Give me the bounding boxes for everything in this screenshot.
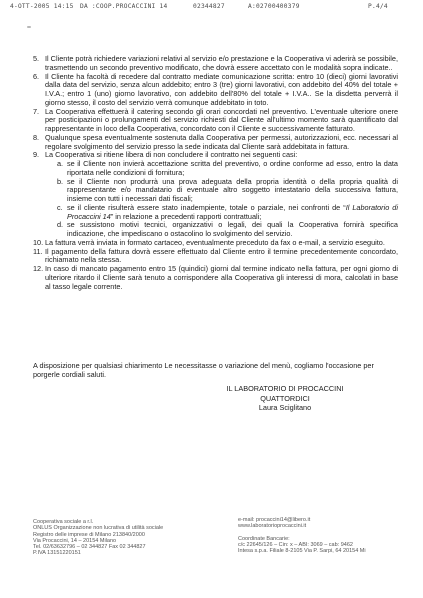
sub-item-c: c. se il cliente risulterà essere stato … bbox=[57, 204, 398, 222]
item-number: 5. bbox=[33, 55, 45, 73]
scan-artifact bbox=[27, 26, 31, 28]
item-9-intro: La Cooperativa si ritiene libera di non … bbox=[45, 150, 297, 159]
contract-terms-list: 5. Il Cliente potrà richiedere variazion… bbox=[33, 55, 398, 291]
signature-block: IL LABORATORIO DI PROCACCINI QUATTORDICI… bbox=[190, 384, 380, 413]
list-item-9: 9. La Cooperativa si ritiene libera di n… bbox=[33, 151, 398, 239]
footer-bank-branch-line: Intesa s.p.a. Filiale 8-2105 Via P. Sarp… bbox=[238, 548, 418, 554]
item-text: Il Cliente ha facoltà di recedere dal co… bbox=[45, 73, 398, 108]
item-text: Il Cliente potrà richiedere variazioni r… bbox=[45, 55, 398, 73]
list-item-6: 6. Il Cliente ha facoltà di recedere dal… bbox=[33, 73, 398, 108]
list-item-5: 5. Il Cliente potrà richiedere variazion… bbox=[33, 55, 398, 73]
sub-item-d: d. se sussistono motivi tecnici, organiz… bbox=[57, 221, 398, 239]
sub-item-letter: d. bbox=[57, 221, 67, 239]
list-item-8: 8. Qualunque spesa eventualmente sostenu… bbox=[33, 134, 398, 152]
sub-item-text: se il Cliente non invierà accettazione s… bbox=[67, 160, 398, 178]
item-text: In caso di mancato pagamento entro 15 (q… bbox=[45, 265, 398, 291]
sub-item-a: a. se il Cliente non invierà accettazion… bbox=[57, 160, 398, 178]
footer-company-details: Cooperativa sociale a r.l. ONLUS Organiz… bbox=[33, 519, 223, 557]
item-number: 11. bbox=[33, 248, 45, 266]
item-text: Qualunque spesa eventualmente sostenuta … bbox=[45, 134, 398, 152]
fax-datetime: 4-OTT-2005 14:15 bbox=[10, 3, 74, 10]
list-item-7: 7. La Cooperativa effettuerà il catering… bbox=[33, 108, 398, 134]
closing-paragraph: A disposizione per qualsiasi chiarimento… bbox=[33, 362, 398, 380]
item-number: 9. bbox=[33, 151, 45, 239]
sub-item-letter: a. bbox=[57, 160, 67, 178]
fax-sender-number: 02344827 bbox=[193, 3, 225, 10]
fax-document-page: 4-OTT-2005 14:15 DA :COOP.PROCACCINI 14 … bbox=[0, 0, 423, 598]
list-item-11: 11. Il pagamento della fattura dovrà ess… bbox=[33, 248, 398, 266]
item-number: 8. bbox=[33, 134, 45, 152]
signature-company-line1: IL LABORATORIO DI PROCACCINI bbox=[190, 384, 380, 394]
sub-item-text: se sussistono motivi tecnici, organizzat… bbox=[67, 221, 398, 239]
sub-item-text: se il Cliente non produrrà una prova ade… bbox=[67, 178, 398, 204]
sub-item-letter: c. bbox=[57, 204, 67, 222]
footer-website: www.laboratorioprocaccini.it bbox=[238, 523, 418, 529]
sub-item-c-post: ” in relazione a precedenti rapporti con… bbox=[111, 212, 261, 221]
item-text: La Cooperativa effettuerà il catering se… bbox=[45, 108, 398, 134]
item-number: 6. bbox=[33, 73, 45, 108]
item-text: Il pagamento della fattura dovrà essere … bbox=[45, 248, 398, 266]
item-number: 7. bbox=[33, 108, 45, 134]
letterhead-footer: Cooperativa sociale a r.l. ONLUS Organiz… bbox=[0, 517, 423, 567]
fax-sender-label: DA :COOP.PROCACCINI 14 bbox=[80, 3, 167, 10]
footer-contact-bank-details: e-mail: procaccini14@libero.it www.labor… bbox=[238, 517, 418, 554]
fax-transmission-header: 4-OTT-2005 14:15 DA :COOP.PROCACCINI 14 … bbox=[0, 3, 423, 13]
footer-vat-line: P.IVA 13151220151 bbox=[33, 550, 223, 556]
list-item-12: 12. In caso di mancato pagamento entro 1… bbox=[33, 265, 398, 291]
item-text: La Cooperativa si ritiene libera di non … bbox=[45, 151, 398, 239]
item-number: 12. bbox=[33, 265, 45, 291]
sub-item-letter: b. bbox=[57, 178, 67, 204]
signature-person-name: Laura Sciglitano bbox=[190, 403, 380, 413]
fax-page-counter: P.4/4 bbox=[368, 3, 388, 10]
sub-item-c-pre: se il cliente risulterà essere stato ina… bbox=[67, 203, 346, 212]
sub-item-b: b. se il Cliente non produrrà una prova … bbox=[57, 178, 398, 204]
item-9-sublist: a. se il Cliente non invierà accettazion… bbox=[57, 160, 398, 239]
signature-company-line2: QUATTORDICI bbox=[190, 394, 380, 404]
sub-item-text: se il cliente risulterà essere stato ina… bbox=[67, 204, 398, 222]
fax-recipient-number: A:02700400379 bbox=[248, 3, 300, 10]
